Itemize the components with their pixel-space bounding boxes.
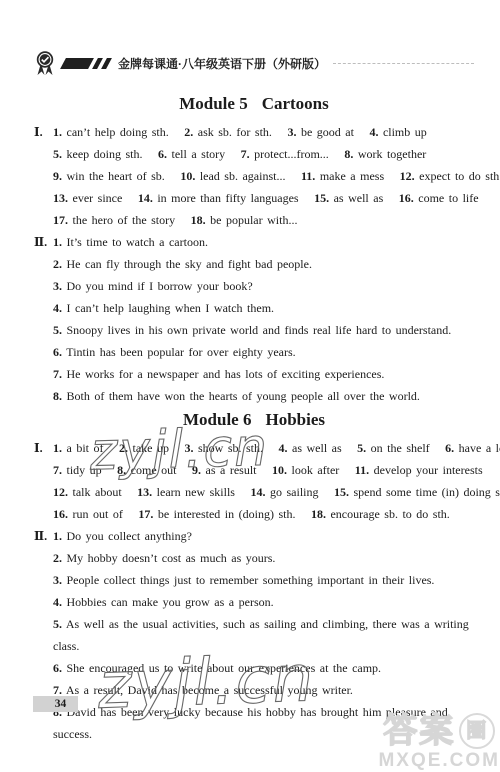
phrase-number: 17. [138, 507, 153, 521]
phrase-number: 12. [400, 169, 415, 183]
phrase-number: 12. [53, 485, 68, 499]
sentences-section-label: Ⅱ. [34, 231, 47, 253]
sentence-line: 7. As a result, David has become a succe… [53, 679, 474, 701]
phrase-text: spend some time (in) doing sth. [353, 485, 500, 499]
phrase-text: develop your interests [374, 463, 483, 477]
sentence-text: Snoopy lives in his own private world an… [67, 323, 452, 337]
phrase-text: can’t help doing sth. [67, 125, 169, 139]
phrase-item: 2. take up [119, 441, 169, 455]
phrase-number: 2. [119, 441, 128, 455]
phrase-line: 13. ever since 14. in more than fifty la… [53, 187, 474, 209]
phrase-text: have a look [459, 441, 500, 455]
phrase-item: 14. in more than fifty languages [138, 191, 299, 205]
workbook-page: 金牌每课通·八年级英语下册（外研版） Module 5Cartoons Ⅰ. 1… [0, 0, 500, 772]
phrase-text: tell a story [172, 147, 226, 161]
phrase-text: ever since [73, 191, 123, 205]
module-topic: Hobbies [265, 410, 325, 429]
module-section: Module 6Hobbies Ⅰ. 1. a bit of 2. take u… [34, 409, 474, 745]
phrase-number: 8. [117, 463, 126, 477]
sentences-section-label: Ⅱ. [34, 525, 47, 547]
phrase-item: 10. look after [272, 463, 339, 477]
phrase-item: 3. be good at [287, 125, 354, 139]
phrase-number: 3. [287, 125, 296, 139]
sentence-line: 1. Do you collect anything? [53, 525, 474, 547]
phrase-item: 6. tell a story [158, 147, 225, 161]
sentence-number: 7. [53, 367, 62, 381]
brand-title: 金牌每课通·八年级英语下册（外研版） [118, 55, 326, 72]
phrase-item: 1. a bit of [53, 441, 104, 455]
sentence-number: 7. [53, 683, 62, 697]
stamp-site: MXQE.COM [378, 750, 500, 772]
phrase-number: 17. [53, 213, 68, 227]
sentence-line: 4. I can’t help laughing when I watch th… [53, 297, 474, 319]
phrase-item: 17. the hero of the story [53, 213, 175, 227]
phrase-item: 10. lead sb. against... [180, 169, 285, 183]
phrase-number: 15. [314, 191, 329, 205]
phrase-number: 5. [357, 441, 366, 455]
phrase-item: 15. as well as [314, 191, 383, 205]
phrase-text: ask sb. for sth. [198, 125, 272, 139]
phrase-item: 3. show sb. sth. [185, 441, 264, 455]
phrase-number: 4. [369, 125, 378, 139]
phrase-number: 11. [355, 463, 369, 477]
sentence-number: 3. [53, 279, 62, 293]
sentence-text: He works for a newspaper and has lots of… [67, 367, 385, 381]
brand-slash-icon [101, 58, 112, 69]
module-topic: Cartoons [262, 94, 329, 113]
phrase-text: run out of [73, 507, 123, 521]
phrase-number: 15. [334, 485, 349, 499]
phrase-item: 18. encourage sb. to do sth. [311, 507, 450, 521]
phrase-number: 6. [158, 147, 167, 161]
phrase-item: 16. run out of [53, 507, 123, 521]
sentence-text: People collect things just to remember s… [67, 573, 435, 587]
phrase-number: 2. [184, 125, 193, 139]
phrase-text: take up [133, 441, 170, 455]
sentence-line: 2. My hobby doesn’t cost as much as your… [53, 547, 474, 569]
phrase-number: 9. [53, 169, 62, 183]
phrase-number: 13. [53, 191, 68, 205]
phrase-text: on the shelf [371, 441, 430, 455]
phrase-item: 7. tidy up [53, 463, 102, 477]
sentence-line: 3. Do you mind if I borrow your book? [53, 275, 474, 297]
phrase-item: 8. come out [117, 463, 176, 477]
phrase-item: 4. climb up [369, 125, 426, 139]
phrase-line: 17. the hero of the story 18. be popular… [53, 209, 474, 231]
phrase-number: 14. [250, 485, 265, 499]
sentence-number: 4. [53, 301, 62, 315]
phrase-number: 13. [137, 485, 152, 499]
phrase-text: be good at [301, 125, 354, 139]
phrase-text: a bit of [67, 441, 104, 455]
phrase-item: 15. spend some time (in) doing sth. [334, 485, 500, 499]
phrase-text: protect...from... [254, 147, 329, 161]
header-dashed-rule [333, 63, 474, 64]
sentence-line: 6. She encouraged us to write about our … [53, 657, 474, 679]
sentence-number: 6. [53, 345, 62, 359]
medal-icon [34, 50, 56, 76]
phrase-text: talk about [73, 485, 122, 499]
sentence-text: David has been very lucky because his ho… [53, 705, 448, 741]
sentence-text: I can’t help laughing when I watch them. [67, 301, 275, 315]
phrase-number: 1. [53, 125, 62, 139]
sentences-section: Ⅱ. 1. It’s time to watch a cartoon. 2. H… [34, 231, 474, 407]
phrase-item: 9. as a result [192, 463, 256, 477]
phrase-text: win the heart of sb. [67, 169, 165, 183]
phrase-text: the hero of the story [73, 213, 176, 227]
sentence-text: As a result, David has become a successf… [66, 683, 353, 697]
sentence-number: 3. [53, 573, 62, 587]
phrase-number: 4. [279, 441, 288, 455]
phrase-item: 8. work together [344, 147, 426, 161]
phrase-item: 6. have a look [445, 441, 500, 455]
phrase-number: 18. [191, 213, 206, 227]
phrase-text: keep doing sth. [67, 147, 143, 161]
sentence-line: 8. David has been very lucky because his… [53, 701, 474, 745]
phrase-text: learn new skills [157, 485, 235, 499]
sentence-line: 4. Hobbies can make you grow as a person… [53, 591, 474, 613]
phrase-number: 7. [53, 463, 62, 477]
sentence-line: 8. Both of them have won the hearts of y… [53, 385, 474, 407]
module-title: Module 5Cartoons [34, 93, 474, 115]
phrase-text: be popular with... [210, 213, 297, 227]
sentence-line: 1. It’s time to watch a cartoon. [53, 231, 474, 253]
sentence-line: 5. As well as the usual activities, such… [53, 613, 474, 657]
brand-slash-icon [60, 58, 94, 69]
phrase-item: 9. win the heart of sb. [53, 169, 165, 183]
phrase-number: 5. [53, 147, 62, 161]
phrase-line: 7. tidy up 8. come out 9. as a result 10… [53, 459, 474, 481]
phrase-item: 7. protect...from... [241, 147, 329, 161]
phrase-number: 7. [241, 147, 250, 161]
phrase-item: 4. as well as [279, 441, 342, 455]
phrase-text: go sailing [270, 485, 319, 499]
module-number: Module 5 [179, 94, 247, 113]
phrase-text: tidy up [67, 463, 102, 477]
sentence-line: 3. People collect things just to remembe… [53, 569, 474, 591]
phrase-text: make a mess [320, 169, 384, 183]
module-title: Module 6Hobbies [34, 409, 474, 431]
phrase-item: 5. keep doing sth. [53, 147, 143, 161]
modules-container: Module 5Cartoons Ⅰ. 1. can’t help doing … [34, 93, 474, 745]
phrases-section: Ⅰ. 1. a bit of 2. take up 3. show sb. st… [34, 437, 474, 525]
phrase-number: 6. [445, 441, 454, 455]
phrase-number: 14. [138, 191, 153, 205]
phrase-item: 1. can’t help doing sth. [53, 125, 169, 139]
phrase-item: 17. be interested in (doing) sth. [138, 507, 295, 521]
phrase-text: as well as [334, 191, 384, 205]
sentence-text: It’s time to watch a cartoon. [67, 235, 208, 249]
phrase-line: 12. talk about 13. learn new skills 14. … [53, 481, 474, 503]
sentence-line: 5. Snoopy lives in his own private world… [53, 319, 474, 341]
sentence-line: 6. Tintin has been popular for over eigh… [53, 341, 474, 363]
phrase-line: 16. run out of 17. be interested in (doi… [53, 503, 474, 525]
phrase-text: look after [291, 463, 339, 477]
phrase-text: be interested in (doing) sth. [158, 507, 296, 521]
phrases-section-label: Ⅰ. [34, 121, 43, 143]
module-number: Module 6 [183, 410, 251, 429]
phrase-item: 14. go sailing [250, 485, 318, 499]
phrase-text: expect to do sth. [419, 169, 500, 183]
phrase-text: as a result [206, 463, 257, 477]
phrase-number: 10. [180, 169, 195, 183]
phrase-item: 13. ever since [53, 191, 122, 205]
phrase-line: 1. a bit of 2. take up 3. show sb. sth. … [53, 437, 474, 459]
phrase-text: encourage sb. to do sth. [330, 507, 449, 521]
phrase-item: 11. make a mess [301, 169, 384, 183]
sentence-number: 4. [53, 595, 62, 609]
sentence-line: 2. He can fly through the sky and fight … [53, 253, 474, 275]
phrase-item: 16. come to life [399, 191, 479, 205]
sentence-number: 8. [53, 389, 62, 403]
phrase-number: 9. [192, 463, 201, 477]
sentence-text: He can fly through the sky and fight bad… [67, 257, 312, 271]
phrase-number: 11. [301, 169, 315, 183]
phrase-text: come out [131, 463, 177, 477]
phrase-number: 16. [53, 507, 68, 521]
sentence-number: 1. [53, 529, 62, 543]
phrase-text: lead sb. against... [200, 169, 286, 183]
phrase-text: as well as [292, 441, 342, 455]
phrase-item: 11. develop your interests [355, 463, 483, 477]
phrase-item: 13. learn new skills [137, 485, 235, 499]
phrase-item: 5. on the shelf [357, 441, 430, 455]
phrase-text: in more than fifty languages [157, 191, 298, 205]
phrase-line: 1. can’t help doing sth. 2. ask sb. for … [53, 121, 474, 143]
sentence-number: 5. [53, 617, 62, 631]
sentence-number: 1. [53, 235, 62, 249]
page-header: 金牌每课通·八年级英语下册（外研版） [34, 50, 474, 76]
sentence-text: Do you collect anything? [67, 529, 192, 543]
sentence-text: Do you mind if I borrow your book? [67, 279, 253, 293]
phrase-text: show sb. sth. [198, 441, 263, 455]
phrase-item: 12. talk about [53, 485, 122, 499]
sentence-number: 2. [53, 257, 62, 271]
phrase-text: work together [358, 147, 426, 161]
phrase-item: 2. ask sb. for sth. [184, 125, 272, 139]
phrase-number: 18. [311, 507, 326, 521]
phrase-item: 18. be popular with... [191, 213, 298, 227]
phrase-number: 16. [399, 191, 414, 205]
phrases-section-label: Ⅰ. [34, 437, 43, 459]
sentence-text: Hobbies can make you grow as a person. [67, 595, 274, 609]
module-section: Module 5Cartoons Ⅰ. 1. can’t help doing … [34, 93, 474, 407]
phrases-section: Ⅰ. 1. can’t help doing sth. 2. ask sb. f… [34, 121, 474, 231]
sentence-text: Tintin has been popular for over eighty … [66, 345, 295, 359]
phrase-line: 5. keep doing sth. 6. tell a story 7. pr… [53, 143, 474, 165]
sentence-line: 7. He works for a newspaper and has lots… [53, 363, 474, 385]
phrase-line: 9. win the heart of sb. 10. lead sb. aga… [53, 165, 474, 187]
phrase-item: 12. expect to do sth. [400, 169, 500, 183]
sentence-number: 6. [53, 661, 62, 675]
sentence-text: She encouraged us to write about our exp… [67, 661, 382, 675]
phrase-text: climb up [383, 125, 427, 139]
phrase-number: 8. [344, 147, 353, 161]
sentence-text: As well as the usual activities, such as… [53, 617, 469, 653]
phrase-number: 10. [272, 463, 287, 477]
sentence-number: 2. [53, 551, 62, 565]
phrase-number: 3. [185, 441, 194, 455]
sentence-text: Both of them have won the hearts of youn… [67, 389, 420, 403]
phrase-text: come to life [418, 191, 478, 205]
phrase-number: 1. [53, 441, 62, 455]
page-number-badge: 34 [33, 696, 78, 712]
sentence-number: 5. [53, 323, 62, 337]
sentences-section: Ⅱ. 1. Do you collect anything? 2. My hob… [34, 525, 474, 745]
sentence-text: My hobby doesn’t cost as much as yours. [67, 551, 276, 565]
